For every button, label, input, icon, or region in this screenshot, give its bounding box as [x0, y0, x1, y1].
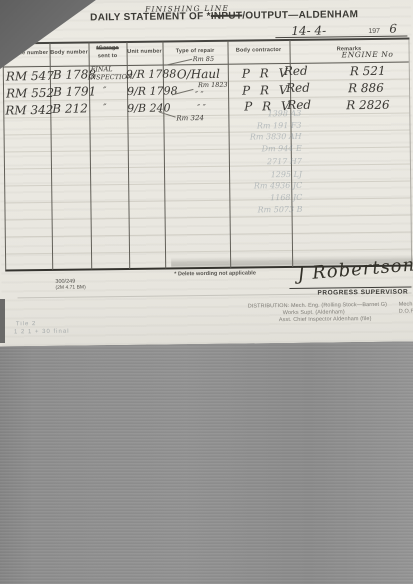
annotation-rm324: Rm 324: [176, 114, 204, 122]
signature-role: PROGRESS SUPERVISOR: [317, 289, 408, 297]
bleedthrough-mark: 1295 LJ: [232, 170, 302, 180]
table-top-border: [2, 38, 409, 45]
distribution-edge-fragment2: D.O.P: [399, 308, 413, 314]
scan-edge-strip: [0, 299, 5, 343]
bleedthrough-mark: Rm 3830 AH: [232, 132, 302, 142]
form-title: DAILY STATEMENT OF *INPUT/OUTPUT—ALDENHA…: [90, 9, 358, 23]
cell-body-number: B 1791: [53, 84, 96, 99]
column-header-body-contractor: Body contractor: [228, 47, 290, 54]
annotation-rm85: Rm 85: [193, 55, 215, 63]
table-row-line: [4, 164, 410, 170]
form-content: FINISHING LINE DAILY STATEMENT OF *INPUT…: [0, 0, 413, 347]
cell-type-of-repair-ditto: ″ ″: [197, 103, 206, 112]
cell-body-contractor: P R V: [242, 83, 291, 98]
table-row-line: [4, 181, 410, 187]
form-print-code: (2M 4.71 BM): [55, 284, 85, 290]
bleedthrough-mark: 2717 H7: [232, 157, 302, 167]
column-header-garage-sent-to: sent to: [89, 53, 127, 59]
cell-vehicle-number: RM 547: [6, 69, 54, 84]
table-row-line: [5, 232, 411, 238]
cell-body-number: B 212: [52, 101, 88, 115]
bleedthrough-mark: Dm 944 E: [232, 144, 302, 154]
date-year-handwritten: 6: [389, 22, 397, 36]
distribution-line1: DISTRIBUTION: Mech. Eng. (Rolling Stock—…: [248, 302, 387, 310]
distribution-edge-fragment1: Mech.: [399, 301, 413, 307]
form-title-suffix: /OUTPUT—ALDENHAM: [242, 9, 358, 21]
bleedthrough-mark: Rm 5073 B: [232, 205, 302, 215]
form-title-struck-word: INPUT: [211, 11, 243, 22]
cell-vehicle-number: RM 552: [6, 86, 54, 101]
column-header-type-of-repair: Type of repair: [163, 48, 228, 55]
cell-type-of-repair-ditto: ″ ″: [195, 90, 204, 99]
cell-unit-number: 9/R 1788: [126, 67, 177, 81]
form-title-prefix: DAILY STATEMENT OF: [90, 11, 207, 23]
handwritten-engine-no-heading: ENGINE No: [342, 50, 394, 60]
annotation-rm1823: Rm 1823: [198, 81, 228, 89]
date-day-month-handwritten: 14- 4-: [291, 24, 326, 38]
bleedthrough-mark: 1398 A3: [231, 109, 301, 119]
column-header-unit-number: Unit number: [127, 49, 163, 55]
column-header-garage-struck: *Garage: [88, 45, 126, 51]
scanned-document: FINISHING LINE DAILY STATEMENT OF *INPUT…: [0, 0, 413, 584]
cell-vehicle-number: RM 342: [5, 103, 53, 118]
cell-colour: Red: [284, 64, 308, 78]
cell-garage-ditto: ″: [103, 86, 106, 96]
cell-engine-number: R 521: [350, 64, 386, 78]
bleedthrough-mark: 1168 JC: [232, 193, 302, 203]
date-year-printed: 197: [368, 28, 380, 35]
cell-unit-number: 9/R 1798: [127, 84, 178, 98]
cell-engine-number: R 2826: [346, 98, 390, 113]
column-header-body-number: Body number: [50, 49, 89, 55]
cell-colour: Red: [286, 81, 310, 95]
cell-garage-ditto: ″: [103, 103, 106, 113]
distribution-line3: Asst. Chief Inspector Aldenham (file): [279, 316, 372, 323]
table-row-line: [5, 215, 411, 221]
cell-engine-number: R 886: [348, 81, 384, 95]
paper-sheet: FINISHING LINE DAILY STATEMENT OF *INPUT…: [0, 0, 413, 347]
table-row-line: [4, 198, 410, 204]
table-row-line: [4, 147, 410, 153]
cell-type-of-repair: O/Haul: [177, 67, 220, 82]
bleedthrough-mark: Rm 4936 JC: [232, 181, 302, 191]
distribution-line2: Works Supt. (Aldenham): [283, 309, 345, 316]
pencil-note-line2: 1 2 1 + 30 final: [14, 329, 70, 336]
table-row-line: [5, 249, 411, 255]
bleedthrough-mark: Rm 191 F3: [231, 121, 301, 131]
table-row-line: [4, 130, 410, 136]
pencil-note-line1: Tile 2: [16, 321, 37, 327]
delete-wording-note: * Delete wording not applicable: [174, 270, 256, 277]
cell-garage-line1: FINAL: [91, 65, 113, 73]
